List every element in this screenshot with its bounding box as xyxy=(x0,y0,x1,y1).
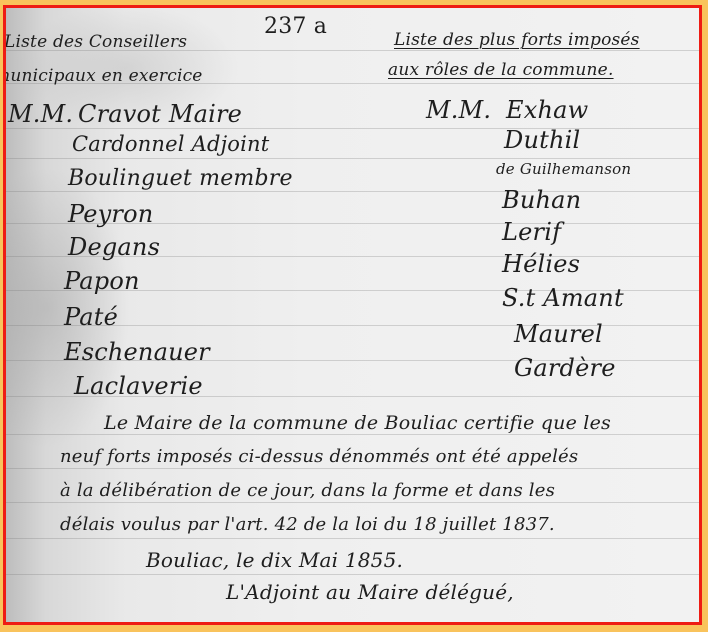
ruled-line xyxy=(6,158,699,159)
right-heading-line2: aux rôles de la commune. xyxy=(388,60,614,80)
taxpayer-name: Hélies xyxy=(502,250,580,278)
certification-line: Le Maire de la commune de Bouliac certif… xyxy=(104,412,611,434)
right-prefix: M.M. xyxy=(426,96,491,124)
right-heading-line1: Liste des plus forts imposés xyxy=(394,30,640,50)
signature-line: L'Adjoint au Maire délégué, xyxy=(226,580,514,604)
councillor-name: Cardonnel Adjoint xyxy=(72,132,269,156)
taxpayer-name: Duthil xyxy=(504,126,580,154)
councillor-name: Degans xyxy=(68,233,160,261)
ruled-line xyxy=(6,502,699,503)
taxpayer-name: Exhaw xyxy=(506,96,588,124)
ruled-line xyxy=(6,538,699,539)
ruled-line xyxy=(6,574,699,575)
certification-line: neuf forts imposés ci-dessus dénommés on… xyxy=(60,446,578,467)
ruled-line xyxy=(6,434,699,435)
taxpayer-name: Buhan xyxy=(502,186,581,214)
councillor-name: Peyron xyxy=(68,200,153,228)
taxpayer-name: Maurel xyxy=(514,320,603,348)
left-prefix: M.M. xyxy=(8,100,73,128)
councillor-name: Paté xyxy=(64,303,118,331)
certification-line: à la délibération de ce jour, dans la fo… xyxy=(60,480,555,501)
ruled-line xyxy=(6,128,699,129)
councillor-name: Laclaverie xyxy=(74,372,203,400)
councillor-name: Cravot Maire xyxy=(78,100,242,128)
councillor-name: Eschenauer xyxy=(64,338,210,366)
taxpayer-name: de Guilhemanson xyxy=(496,160,631,178)
scanned-document: 237 a Liste des Conseillers municipaux e… xyxy=(3,5,702,625)
left-heading-line1: Liste des Conseillers xyxy=(4,32,187,52)
date-line: Bouliac, le dix Mai 1855. xyxy=(146,548,403,572)
left-heading-line2: municipaux en exercice xyxy=(3,66,203,86)
taxpayer-name: Lerif xyxy=(502,218,561,246)
ruled-line xyxy=(6,468,699,469)
ruled-line xyxy=(6,191,699,192)
certification-line: délais voulus par l'art. 42 de la loi du… xyxy=(60,514,555,535)
councillor-name: Papon xyxy=(64,267,140,295)
councillor-name: Boulinguet membre xyxy=(68,166,293,191)
taxpayer-name: S.t Amant xyxy=(502,284,624,312)
page-number: 237 a xyxy=(264,14,327,39)
taxpayer-name: Gardère xyxy=(514,354,616,382)
